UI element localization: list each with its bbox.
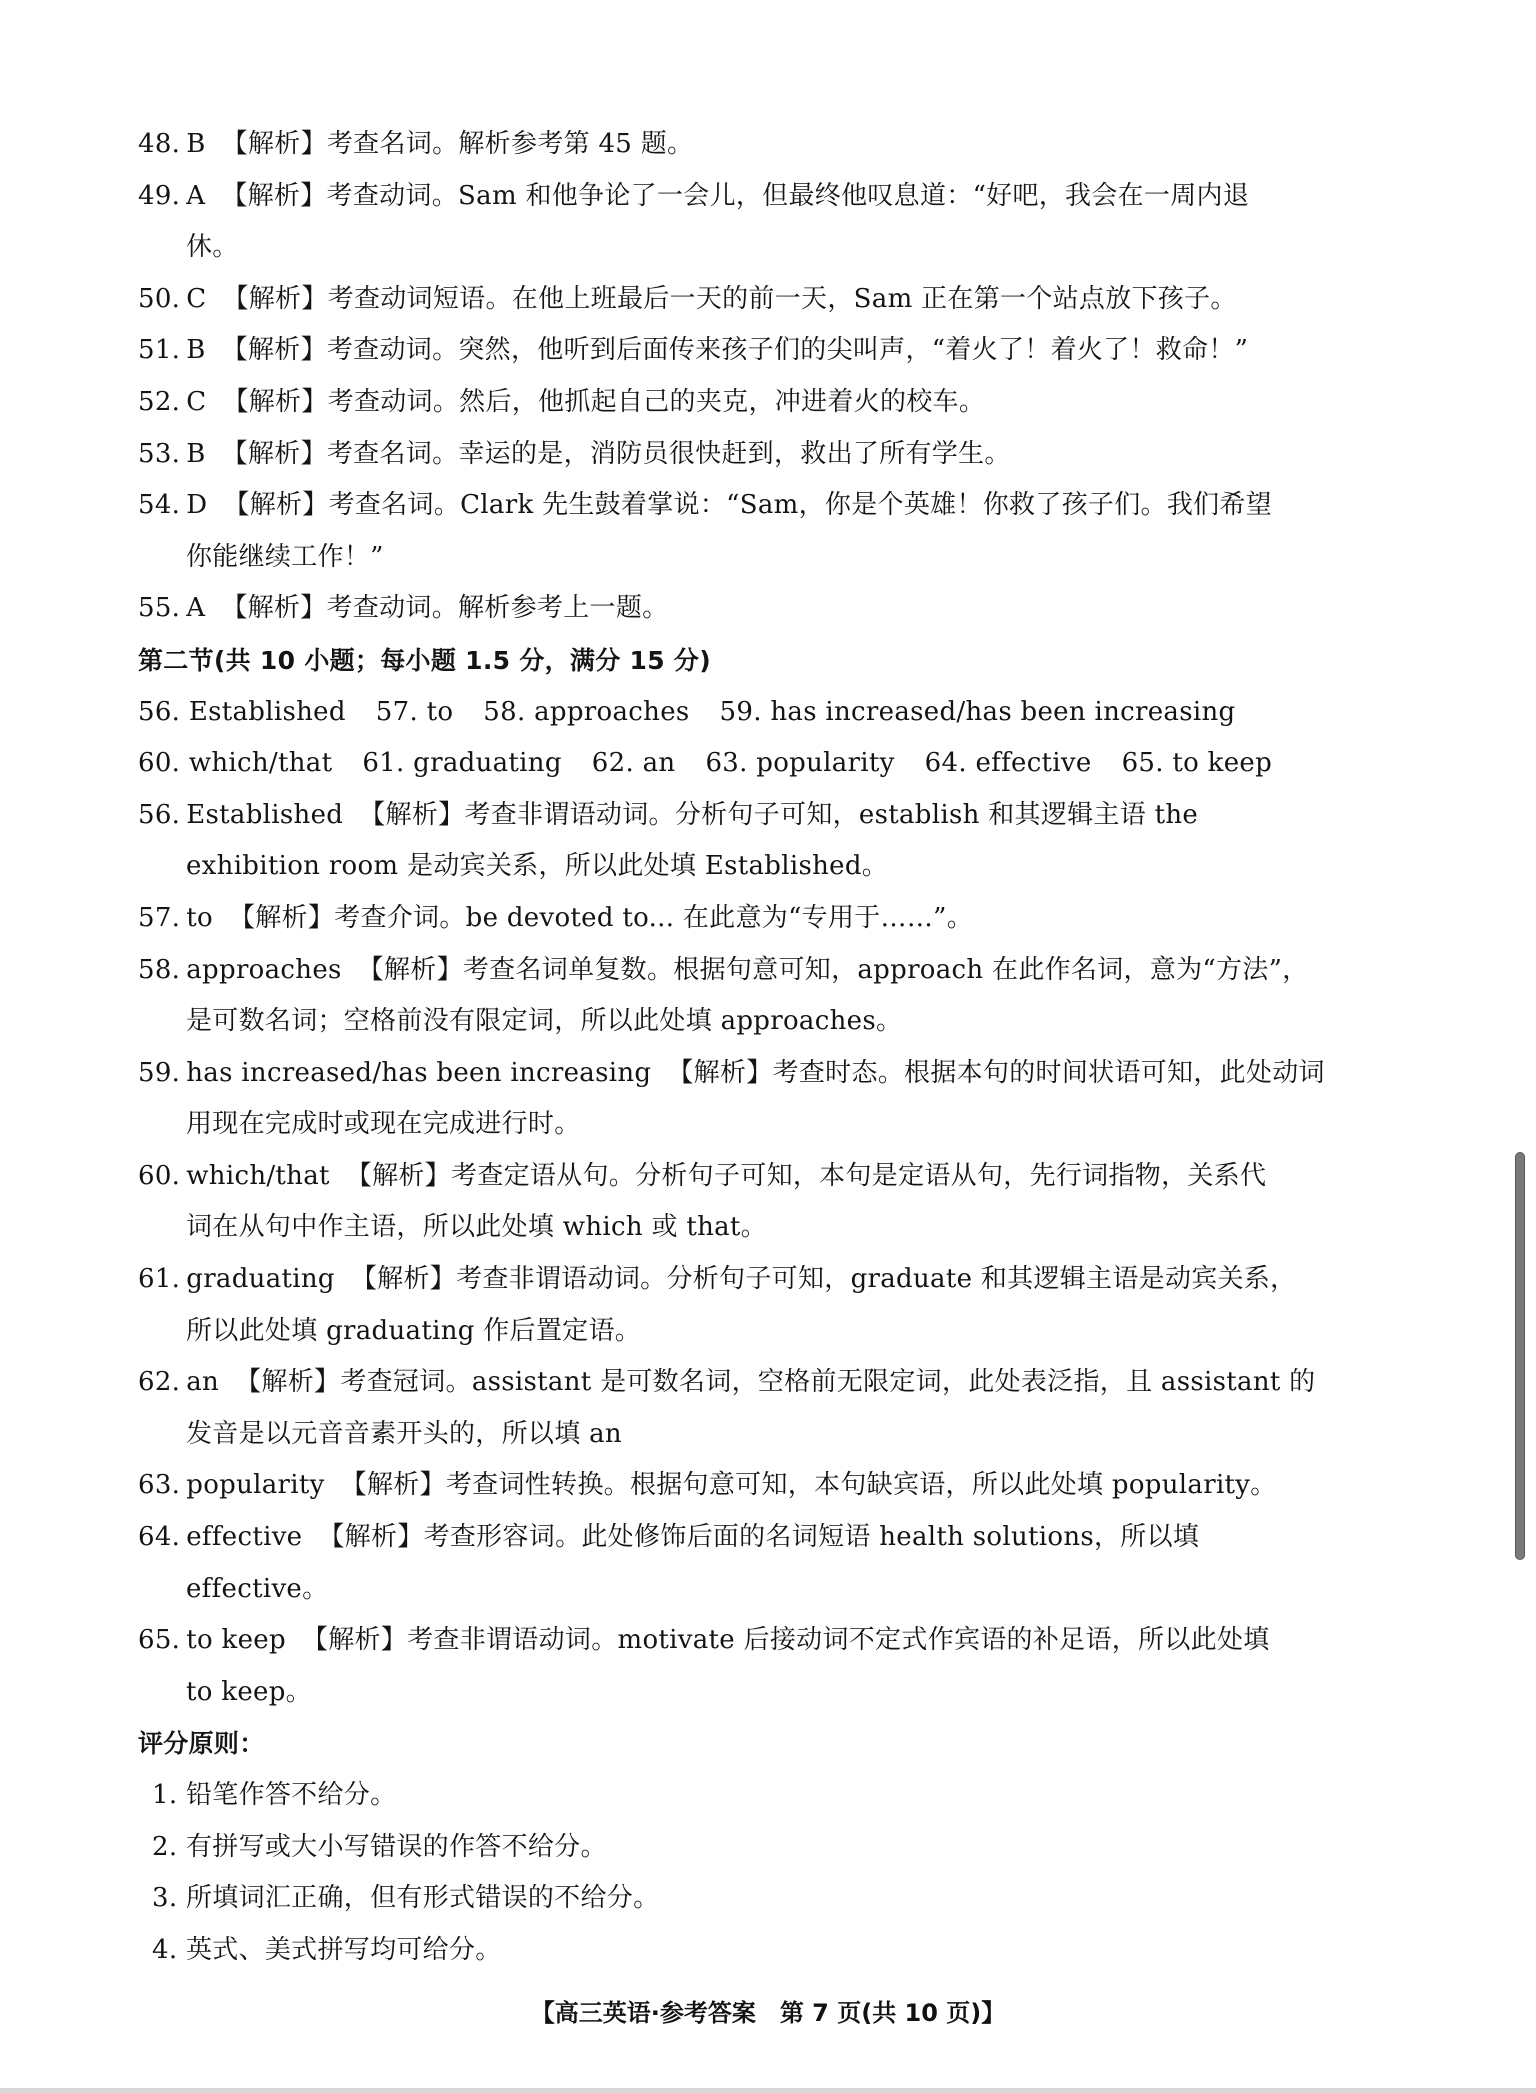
answer-summary-60: 60. which/that bbox=[138, 738, 332, 790]
scoring-rule-3: 3. 所填词汇正确，但有形式错误的不给分。 bbox=[138, 1873, 1390, 1925]
document-page: 48.B【解析】考查名词。解析参考第 45 题。 49.A【解析】考查动词。Sa… bbox=[0, 0, 1536, 2088]
item-number: 49. bbox=[138, 171, 180, 223]
scoring-principles-title: 评分原则： bbox=[138, 1718, 1390, 1770]
item-answer: B bbox=[186, 325, 205, 377]
item-explanation: 考查名词单复数。根据句意可知，approach 在此作名词，意为“方法”， bbox=[463, 955, 1309, 985]
item-answer: A bbox=[186, 171, 205, 223]
item-number: 61. bbox=[138, 1254, 180, 1306]
answer-summary-57: 57. to bbox=[376, 687, 454, 739]
answer-item-64-continued: effective。 bbox=[138, 1564, 1390, 1616]
answer-summary-63: 63. popularity bbox=[705, 738, 894, 790]
item-number: 52. bbox=[138, 377, 180, 429]
item-explanation: 考查词性转换。根据句意可知，本句缺宾语，所以此处填 popularity。 bbox=[446, 1470, 1277, 1500]
analysis-tag: 【解析】 bbox=[358, 955, 463, 985]
answer-item-65-continued: to keep。 bbox=[138, 1667, 1390, 1719]
item-explanation: 考查动词短语。在他上班最后一天的前一天，Sam 正在第一个站点放下孩子。 bbox=[328, 284, 1237, 314]
answer-item-53: 53.B【解析】考查名词。幸运的是，消防员很快赶到，救出了所有学生。 bbox=[138, 429, 1390, 481]
analysis-tag: 【解析】 bbox=[351, 1264, 456, 1294]
answer-item-60: 60.which/that【解析】考查定语从句。分析句子可知，本句是定语从句，先… bbox=[138, 1151, 1390, 1203]
analysis-tag: 【解析】 bbox=[302, 1625, 407, 1655]
scoring-rule-2: 2. 有拼写或大小写错误的作答不给分。 bbox=[138, 1822, 1390, 1874]
answer-item-54: 54.D【解析】考查名词。Clark 先生鼓着掌说：“Sam，你是个英雄！你救了… bbox=[138, 480, 1390, 532]
analysis-tag: 【解析】 bbox=[346, 1161, 451, 1191]
item-answer: B bbox=[186, 119, 205, 171]
analysis-tag: 【解析】 bbox=[229, 903, 334, 933]
item-explanation: 考查非谓语动词。motivate 后接动词不定式作宾语的补足语，所以此处填 bbox=[407, 1625, 1269, 1655]
answer-item-64: 64.effective【解析】考查形容词。此处修饰后面的名词短语 health… bbox=[138, 1512, 1390, 1564]
item-answer: to keep bbox=[186, 1615, 286, 1667]
answer-item-49-continued: 休。 bbox=[138, 222, 1390, 274]
item-number: 64. bbox=[138, 1512, 180, 1564]
answer-item-59: 59.has increased/has been increasing【解析】… bbox=[138, 1048, 1390, 1100]
item-answer: approaches bbox=[186, 945, 341, 997]
analysis-tag: 【解析】 bbox=[222, 387, 327, 417]
analysis-tag: 【解析】 bbox=[223, 490, 328, 520]
item-number: 57. bbox=[138, 893, 180, 945]
item-number: 51. bbox=[138, 325, 180, 377]
item-answer: Established bbox=[186, 790, 343, 842]
answer-item-54-continued: 你能继续工作！” bbox=[138, 532, 1390, 584]
item-number: 53. bbox=[138, 429, 180, 481]
answer-item-48: 48.B【解析】考查名词。解析参考第 45 题。 bbox=[138, 119, 1390, 171]
item-explanation: 考查非谓语动词。分析句子可知，establish 和其逻辑主语 the bbox=[464, 800, 1198, 830]
analysis-tag: 【解析】 bbox=[221, 593, 326, 623]
item-answer: popularity bbox=[186, 1460, 324, 1512]
bottom-edge-band bbox=[0, 2088, 1536, 2093]
item-explanation: 考查动词。解析参考上一题。 bbox=[327, 593, 669, 623]
answer-summary-row-1: 56. Established57. to58. approaches59. h… bbox=[138, 687, 1390, 739]
item-number: 55. bbox=[138, 583, 180, 635]
item-answer: has increased/has been increasing bbox=[186, 1048, 651, 1100]
item-answer: which/that bbox=[186, 1151, 330, 1203]
analysis-tag: 【解析】 bbox=[222, 129, 327, 159]
answer-item-60-continued: 词在从句中作主语，所以此处填 which 或 that。 bbox=[138, 1202, 1390, 1254]
item-answer: B bbox=[186, 429, 205, 481]
item-explanation: 考查动词。然后，他抓起自己的夹克，冲进着火的校车。 bbox=[328, 387, 986, 417]
analysis-tag: 【解析】 bbox=[318, 1522, 423, 1552]
item-explanation: 考查冠词。assistant 是可数名词，空格前无限定词，此处表泛指，且 ass… bbox=[340, 1367, 1315, 1397]
item-explanation: 考查名词。解析参考第 45 题。 bbox=[327, 129, 693, 159]
item-number: 63. bbox=[138, 1460, 180, 1512]
item-answer: C bbox=[186, 377, 206, 429]
item-explanation: 考查介词。be devoted to... 在此意为“专用于……”。 bbox=[334, 903, 973, 933]
answer-key-content: 48.B【解析】考查名词。解析参考第 45 题。 49.A【解析】考查动词。Sa… bbox=[138, 119, 1390, 1976]
answer-item-62: 62.an【解析】考查冠词。assistant 是可数名词，空格前无限定词，此处… bbox=[138, 1357, 1390, 1409]
answer-summary-62: 62. an bbox=[592, 738, 676, 790]
analysis-tag: 【解析】 bbox=[222, 335, 327, 365]
answer-item-52: 52.C【解析】考查动词。然后，他抓起自己的夹克，冲进着火的校车。 bbox=[138, 377, 1390, 429]
vertical-scrollbar-thumb[interactable] bbox=[1515, 1152, 1525, 1560]
answer-item-58-continued: 是可数名词；空格前没有限定词，所以此处填 approaches。 bbox=[138, 996, 1390, 1048]
item-explanation: 考查动词。Sam 和他争论了一会儿，但最终他叹息道：“好吧，我会在一周内退 bbox=[327, 181, 1250, 211]
item-number: 58. bbox=[138, 945, 180, 997]
item-explanation: 考查定语从句。分析句子可知，本句是定语从句，先行词指物，关系代 bbox=[451, 1161, 1266, 1191]
page-footer: 【高三英语·参考答案 第 7 页(共 10 页)】 bbox=[0, 1993, 1536, 2033]
answer-item-51: 51.B【解析】考查动词。突然，他听到后面传来孩子们的尖叫声，“着火了！着火了！… bbox=[138, 325, 1390, 377]
item-explanation: 考查名词。Clark 先生鼓着掌说：“Sam，你是个英雄！你救了孩子们。我们希望 bbox=[329, 490, 1272, 520]
answer-item-63: 63.popularity【解析】考查词性转换。根据句意可知，本句缺宾语，所以此… bbox=[138, 1460, 1390, 1512]
item-explanation: 考查时态。根据本句的时间状语可知，此处动词 bbox=[773, 1058, 1325, 1088]
answer-item-56-continued: exhibition room 是动宾关系，所以此处填 Established。 bbox=[138, 841, 1390, 893]
answer-summary-59: 59. has increased/has been increasing bbox=[720, 687, 1236, 739]
answer-item-58: 58.approaches【解析】考查名词单复数。根据句意可知，approach… bbox=[138, 945, 1390, 997]
analysis-tag: 【解析】 bbox=[235, 1367, 340, 1397]
item-number: 48. bbox=[138, 119, 180, 171]
answer-summary-56: 56. Established bbox=[138, 687, 346, 739]
analysis-tag: 【解析】 bbox=[222, 284, 327, 314]
answer-summary-61: 61. graduating bbox=[362, 738, 561, 790]
answer-item-61-continued: 所以此处填 graduating 作后置定语。 bbox=[138, 1306, 1390, 1358]
answer-item-57: 57.to【解析】考查介词。be devoted to... 在此意为“专用于…… bbox=[138, 893, 1390, 945]
answer-item-56: 56.Established【解析】考查非谓语动词。分析句子可知，establi… bbox=[138, 790, 1390, 842]
item-answer: an bbox=[186, 1357, 219, 1409]
answer-summary-65: 65. to keep bbox=[1122, 738, 1272, 790]
item-answer: C bbox=[186, 274, 206, 326]
item-explanation: 考查非谓语动词。分析句子可知，graduate 和其逻辑主语是动宾关系， bbox=[456, 1264, 1296, 1294]
scoring-rule-1: 1. 铅笔作答不给分。 bbox=[138, 1770, 1390, 1822]
analysis-tag: 【解析】 bbox=[667, 1058, 772, 1088]
item-number: 60. bbox=[138, 1151, 180, 1203]
analysis-tag: 【解析】 bbox=[221, 181, 326, 211]
item-number: 65. bbox=[138, 1615, 180, 1667]
item-number: 59. bbox=[138, 1048, 180, 1100]
answer-item-49: 49.A【解析】考查动词。Sam 和他争论了一会儿，但最终他叹息道：“好吧，我会… bbox=[138, 171, 1390, 223]
item-explanation: 考查形容词。此处修饰后面的名词短语 health solutions，所以填 bbox=[424, 1522, 1200, 1552]
answer-item-62-continued: 发音是以元音音素开头的，所以填 an bbox=[138, 1409, 1390, 1461]
answer-item-55: 55.A【解析】考查动词。解析参考上一题。 bbox=[138, 583, 1390, 635]
answer-item-61: 61.graduating【解析】考查非谓语动词。分析句子可知，graduate… bbox=[138, 1254, 1390, 1306]
analysis-tag: 【解析】 bbox=[341, 1470, 446, 1500]
answer-item-65: 65.to keep【解析】考查非谓语动词。motivate 后接动词不定式作宾… bbox=[138, 1615, 1390, 1667]
section-2-header: 第二节(共 10 小题；每小题 1.5 分，满分 15 分) bbox=[138, 635, 1390, 687]
item-number: 54. bbox=[138, 480, 180, 532]
scoring-rule-4: 4. 英式、美式拼写均可给分。 bbox=[138, 1925, 1390, 1977]
item-answer: graduating bbox=[186, 1254, 335, 1306]
item-explanation: 考查名词。幸运的是，消防员很快赶到，救出了所有学生。 bbox=[327, 439, 1011, 469]
answer-summary-64: 64. effective bbox=[925, 738, 1092, 790]
answer-summary-row-2: 60. which/that61. graduating62. an63. po… bbox=[138, 738, 1390, 790]
item-answer: to bbox=[186, 893, 213, 945]
item-number: 56. bbox=[138, 790, 180, 842]
answer-summary-58: 58. approaches bbox=[483, 687, 689, 739]
item-explanation: 考查动词。突然，他听到后面传来孩子们的尖叫声，“着火了！着火了！救命！” bbox=[327, 335, 1248, 365]
analysis-tag: 【解析】 bbox=[222, 439, 327, 469]
item-answer: effective bbox=[186, 1512, 302, 1564]
item-number: 62. bbox=[138, 1357, 180, 1409]
answer-item-59-continued: 用现在完成时或现在完成进行时。 bbox=[138, 1099, 1390, 1151]
item-answer: A bbox=[186, 583, 205, 635]
item-number: 50. bbox=[138, 274, 180, 326]
answer-item-50: 50.C【解析】考查动词短语。在他上班最后一天的前一天，Sam 正在第一个站点放… bbox=[138, 274, 1390, 326]
item-answer: D bbox=[186, 480, 207, 532]
analysis-tag: 【解析】 bbox=[359, 800, 464, 830]
